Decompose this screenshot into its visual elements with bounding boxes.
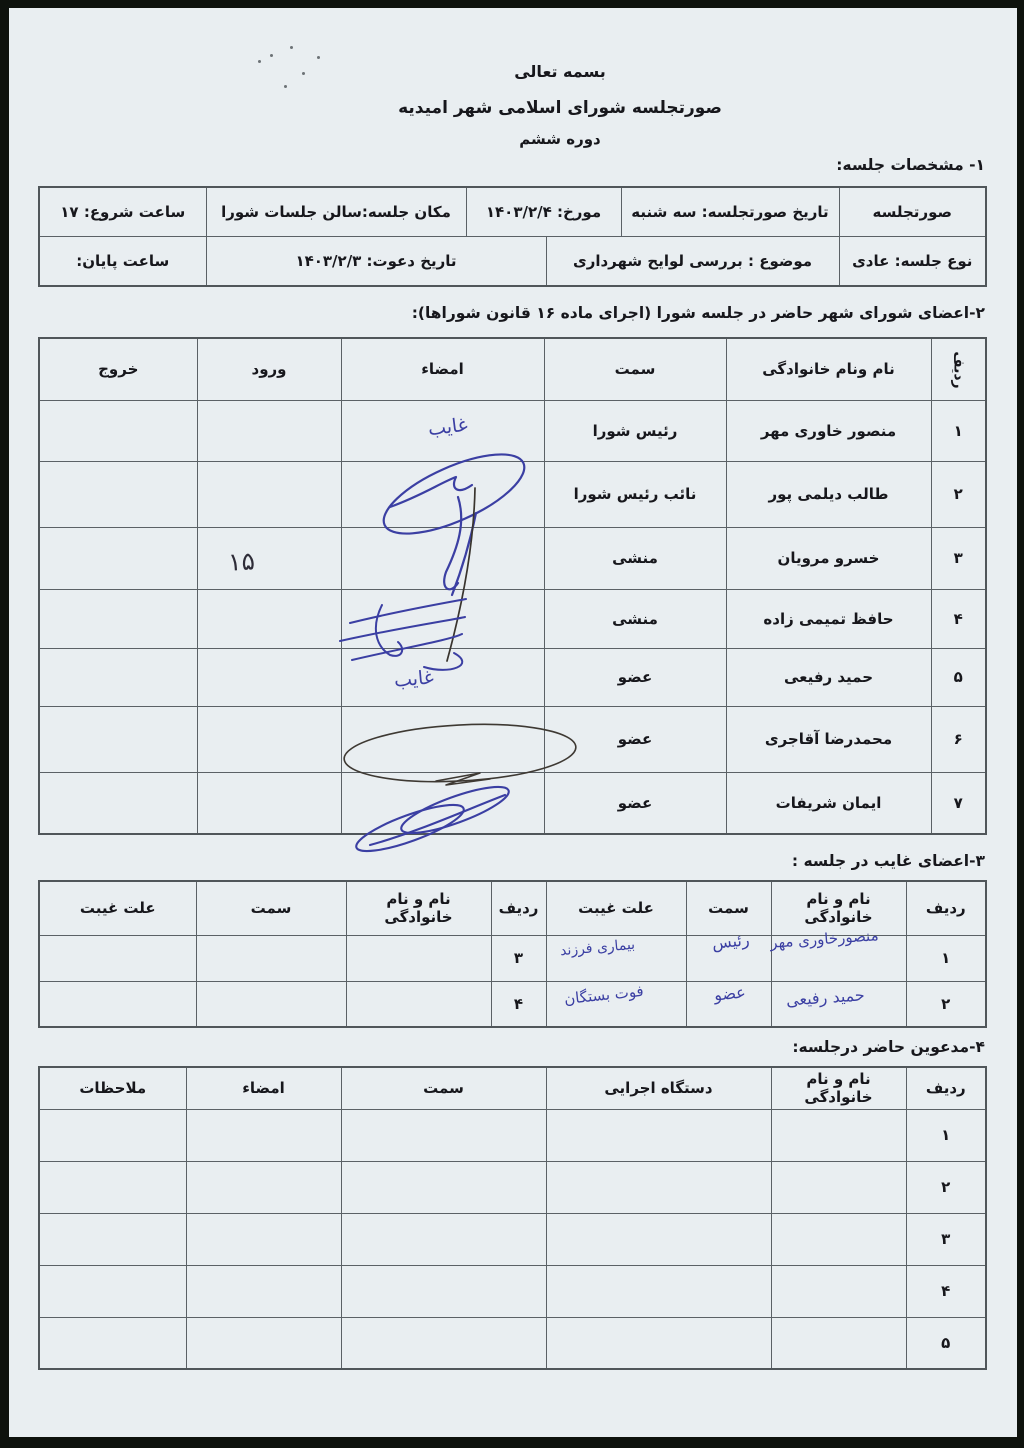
cell-guest-name: [771, 1265, 906, 1317]
cell-guest-name: [771, 1161, 906, 1213]
cell-guest-signature: [186, 1265, 341, 1317]
cell-member-position: منشی: [544, 589, 726, 648]
section-4-heading: ۴-مدعوین حاضر درجلسه:: [792, 1038, 985, 1056]
cell-dated: مورخ: ۱۴۰۳/۲/۴: [466, 187, 621, 236]
col-header-radif: ردیف: [931, 338, 986, 400]
cell-entry: [197, 400, 341, 461]
cell-row-number: ۷: [931, 772, 986, 834]
cell-exit: [39, 706, 197, 772]
cell-guest-agency: [546, 1317, 771, 1369]
col-header-position: سمت: [686, 881, 771, 935]
cell-guest-agency: [546, 1213, 771, 1265]
cell-row-number: ۴: [906, 1265, 986, 1317]
col-header-agency: دستگاه اجرایی: [546, 1067, 771, 1109]
col-header-entry: ورود: [197, 338, 341, 400]
cell-signature: [341, 648, 544, 706]
table-row: ۳: [39, 1213, 986, 1265]
cell-member-position: رئیس شورا: [544, 400, 726, 461]
table-row: ۱: [39, 1109, 986, 1161]
cell-signature: [341, 772, 544, 834]
cell-meeting-date: تاریخ صورتجلسه: سه شنبه: [621, 187, 839, 236]
table-row: ۵: [39, 1317, 986, 1369]
header-row: ردیف نام و نام خانوادگی سمت علت غیبت ردی…: [39, 881, 986, 935]
cell-row-number: ۳: [906, 1213, 986, 1265]
scan-speckle: [284, 85, 287, 88]
table-row: ۴: [39, 1265, 986, 1317]
col-header-name: نام و نام خانوادگی: [771, 1067, 906, 1109]
cell-exit: [39, 772, 197, 834]
cell-member-name: ایمان شریفات: [726, 772, 931, 834]
cell-row-number: ۴: [491, 981, 546, 1027]
cell-end-time: ساعت پایان:: [39, 236, 206, 286]
cell-entry: [197, 706, 341, 772]
section-2-heading: ۲-اعضای شورای شهر حاضر در جلسه شورا (اجر…: [412, 304, 985, 322]
col-header-name: نام و نام خانوادگی: [771, 881, 906, 935]
cell-member-name: حافظ تمیمی زاده: [726, 589, 931, 648]
cell-guest-remarks: [39, 1109, 186, 1161]
table-row: ۷ ایمان شریفات عضو: [39, 772, 986, 834]
col-header-name: نام و نام خانوادگی: [346, 881, 491, 935]
cell-absent-name: [346, 935, 491, 981]
cell-absent-reason: [39, 981, 196, 1027]
cell-absent-position: [196, 981, 346, 1027]
scan-speckle: [270, 54, 273, 57]
cell-guest-position: [341, 1317, 546, 1369]
cell-member-position: نائب رئیس شورا: [544, 461, 726, 527]
present-members-table: ردیف نام ونام خانوادگی سمت امضاء ورود خر…: [38, 337, 987, 835]
cell-absent-reason: [39, 935, 196, 981]
cell-row-number: ۲: [906, 1161, 986, 1213]
cell-row-number: ۳: [491, 935, 546, 981]
section-3-heading: ۳-اعضای غایب در جلسه :: [792, 852, 985, 870]
handwritten-absent-position: رئیس: [711, 930, 750, 953]
col-header-position: سمت: [341, 1067, 546, 1109]
cell-entry: [197, 589, 341, 648]
meeting-info-table: صورتجلسه تاریخ صورتجلسه: سه شنبه مورخ: ۱…: [38, 186, 987, 287]
section-1-heading: ۱- مشخصات جلسه:: [836, 156, 985, 174]
bismillah-text: بسمه تعالی: [96, 62, 1024, 81]
cell-guest-signature: [186, 1161, 341, 1213]
cell-guest-name: [771, 1109, 906, 1161]
cell-exit: [39, 589, 197, 648]
document-title: صورتجلسه شورای اسلامی شهر امیدیه: [96, 98, 1024, 118]
table-row: ۶ محمدرضا آقاجری عضو: [39, 706, 986, 772]
cell-absent-name: [346, 981, 491, 1027]
cell-guest-signature: [186, 1213, 341, 1265]
cell-entry: [197, 527, 341, 589]
scan-border-right: [1017, 0, 1024, 1448]
cell-row-number: ۳: [931, 527, 986, 589]
cell-guest-remarks: [39, 1265, 186, 1317]
cell-guest-remarks: [39, 1161, 186, 1213]
cell-row-number: ۱: [931, 400, 986, 461]
table-row: نوع جلسه: عادی موضوع : بررسی لوایح شهردا…: [39, 236, 986, 286]
col-header-position: سمت: [544, 338, 726, 400]
cell-entry: [197, 648, 341, 706]
cell-subject: موضوع : بررسی لوایح شهرداری: [546, 236, 839, 286]
cell-guest-agency: [546, 1109, 771, 1161]
col-header-reason: علت غیبت: [546, 881, 686, 935]
cell-start-time: ساعت شروع: ۱۷: [39, 187, 206, 236]
cell-member-name: حمید رفیعی: [726, 648, 931, 706]
cell-absent-position: [196, 935, 346, 981]
col-header-radif: ردیف: [906, 881, 986, 935]
scan-speckle: [317, 56, 320, 59]
guests-table: ردیف نام و نام خانوادگی دستگاه اجرایی سم…: [38, 1066, 987, 1370]
cell-guest-remarks: [39, 1213, 186, 1265]
cell-entry: [197, 461, 341, 527]
handwritten-absent-position: عضو: [713, 982, 747, 1004]
cell-signature: [341, 706, 544, 772]
cell-guest-agency: [546, 1265, 771, 1317]
table-row: ۴ حافظ تمیمی زاده منشی: [39, 589, 986, 648]
cell-location: مکان جلسه:سالن جلسات شورا: [206, 187, 466, 236]
cell-row-number: ۲: [906, 981, 986, 1027]
scan-border-left: [0, 0, 9, 1448]
absent-members-table: ردیف نام و نام خانوادگی سمت علت غیبت ردی…: [38, 880, 987, 1028]
cell-guest-remarks: [39, 1317, 186, 1369]
cell-row-number: ۱: [906, 935, 986, 981]
cell-row-number: ۶: [931, 706, 986, 772]
col-header-exit: خروج: [39, 338, 197, 400]
col-header-reason: علت غیبت: [39, 881, 196, 935]
cell-guest-name: [771, 1317, 906, 1369]
cell-member-position: منشی: [544, 527, 726, 589]
cell-entry: [197, 772, 341, 834]
cell-exit: [39, 648, 197, 706]
table-row: ۲: [39, 1161, 986, 1213]
cell-member-name: خسرو مرویان: [726, 527, 931, 589]
cell-row-number: ۴: [931, 589, 986, 648]
cell-guest-signature: [186, 1317, 341, 1369]
cell-signature: [341, 589, 544, 648]
cell-member-position: عضو: [544, 706, 726, 772]
col-header-radif: ردیف: [491, 881, 546, 935]
scan-border-bottom: [0, 1437, 1024, 1448]
scanned-document: بسمه تعالی صورتجلسه شورای اسلامی شهر امی…: [0, 0, 1024, 1448]
cell-row-number: ۲: [931, 461, 986, 527]
col-header-name: نام ونام خانوادگی: [726, 338, 931, 400]
handwritten-entry-time: ۱۵: [227, 546, 255, 576]
cell-guest-position: [341, 1265, 546, 1317]
cell-member-name: منصور خاوری مهر: [726, 400, 931, 461]
cell-guest-position: [341, 1109, 546, 1161]
scan-border-top: [0, 0, 1024, 8]
col-header-signature: امضاء: [186, 1067, 341, 1109]
table-row: ۱ منصور خاوری مهر رئیس شورا: [39, 400, 986, 461]
cell-guest-name: [771, 1213, 906, 1265]
table-row: صورتجلسه تاریخ صورتجلسه: سه شنبه مورخ: ۱…: [39, 187, 986, 236]
cell-exit: [39, 461, 197, 527]
cell-row-number: ۵: [931, 648, 986, 706]
council-term: دوره ششم: [96, 130, 1024, 148]
cell-exit: [39, 527, 197, 589]
col-header-remarks: ملاحظات: [39, 1067, 186, 1109]
col-header-radif: ردیف: [906, 1067, 986, 1109]
cell-row-number: ۱: [906, 1109, 986, 1161]
cell-guest-position: [341, 1213, 546, 1265]
col-header-position: سمت: [196, 881, 346, 935]
cell-guest-agency: [546, 1161, 771, 1213]
cell-signature: [341, 461, 544, 527]
cell-minutes-label: صورتجلسه: [839, 187, 986, 236]
cell-member-position: عضو: [544, 772, 726, 834]
cell-row-number: ۵: [906, 1317, 986, 1369]
cell-exit: [39, 400, 197, 461]
cell-member-name: محمدرضا آقاجری: [726, 706, 931, 772]
header-row: ردیف نام ونام خانوادگی سمت امضاء ورود خر…: [39, 338, 986, 400]
handwritten-absent-note: غایب: [393, 666, 434, 691]
document-page: بسمه تعالی صورتجلسه شورای اسلامی شهر امی…: [0, 0, 1024, 1448]
scan-speckle: [290, 46, 293, 49]
cell-signature: [341, 527, 544, 589]
cell-member-name: طالب دیلمی پور: [726, 461, 931, 527]
table-row: ۲ طالب دیلمی پور نائب رئیس شورا: [39, 461, 986, 527]
table-row: ۳ خسرو مرویان منشی: [39, 527, 986, 589]
cell-meeting-type: نوع جلسه: عادی: [839, 236, 986, 286]
cell-guest-position: [341, 1161, 546, 1213]
table-row: ۵ حمید رفیعی عضو: [39, 648, 986, 706]
header-row: ردیف نام و نام خانوادگی دستگاه اجرایی سم…: [39, 1067, 986, 1109]
cell-invite-date: تاریخ دعوت: ۱۴۰۳/۲/۳: [206, 236, 546, 286]
col-header-signature: امضاء: [341, 338, 544, 400]
cell-guest-signature: [186, 1109, 341, 1161]
cell-member-position: عضو: [544, 648, 726, 706]
